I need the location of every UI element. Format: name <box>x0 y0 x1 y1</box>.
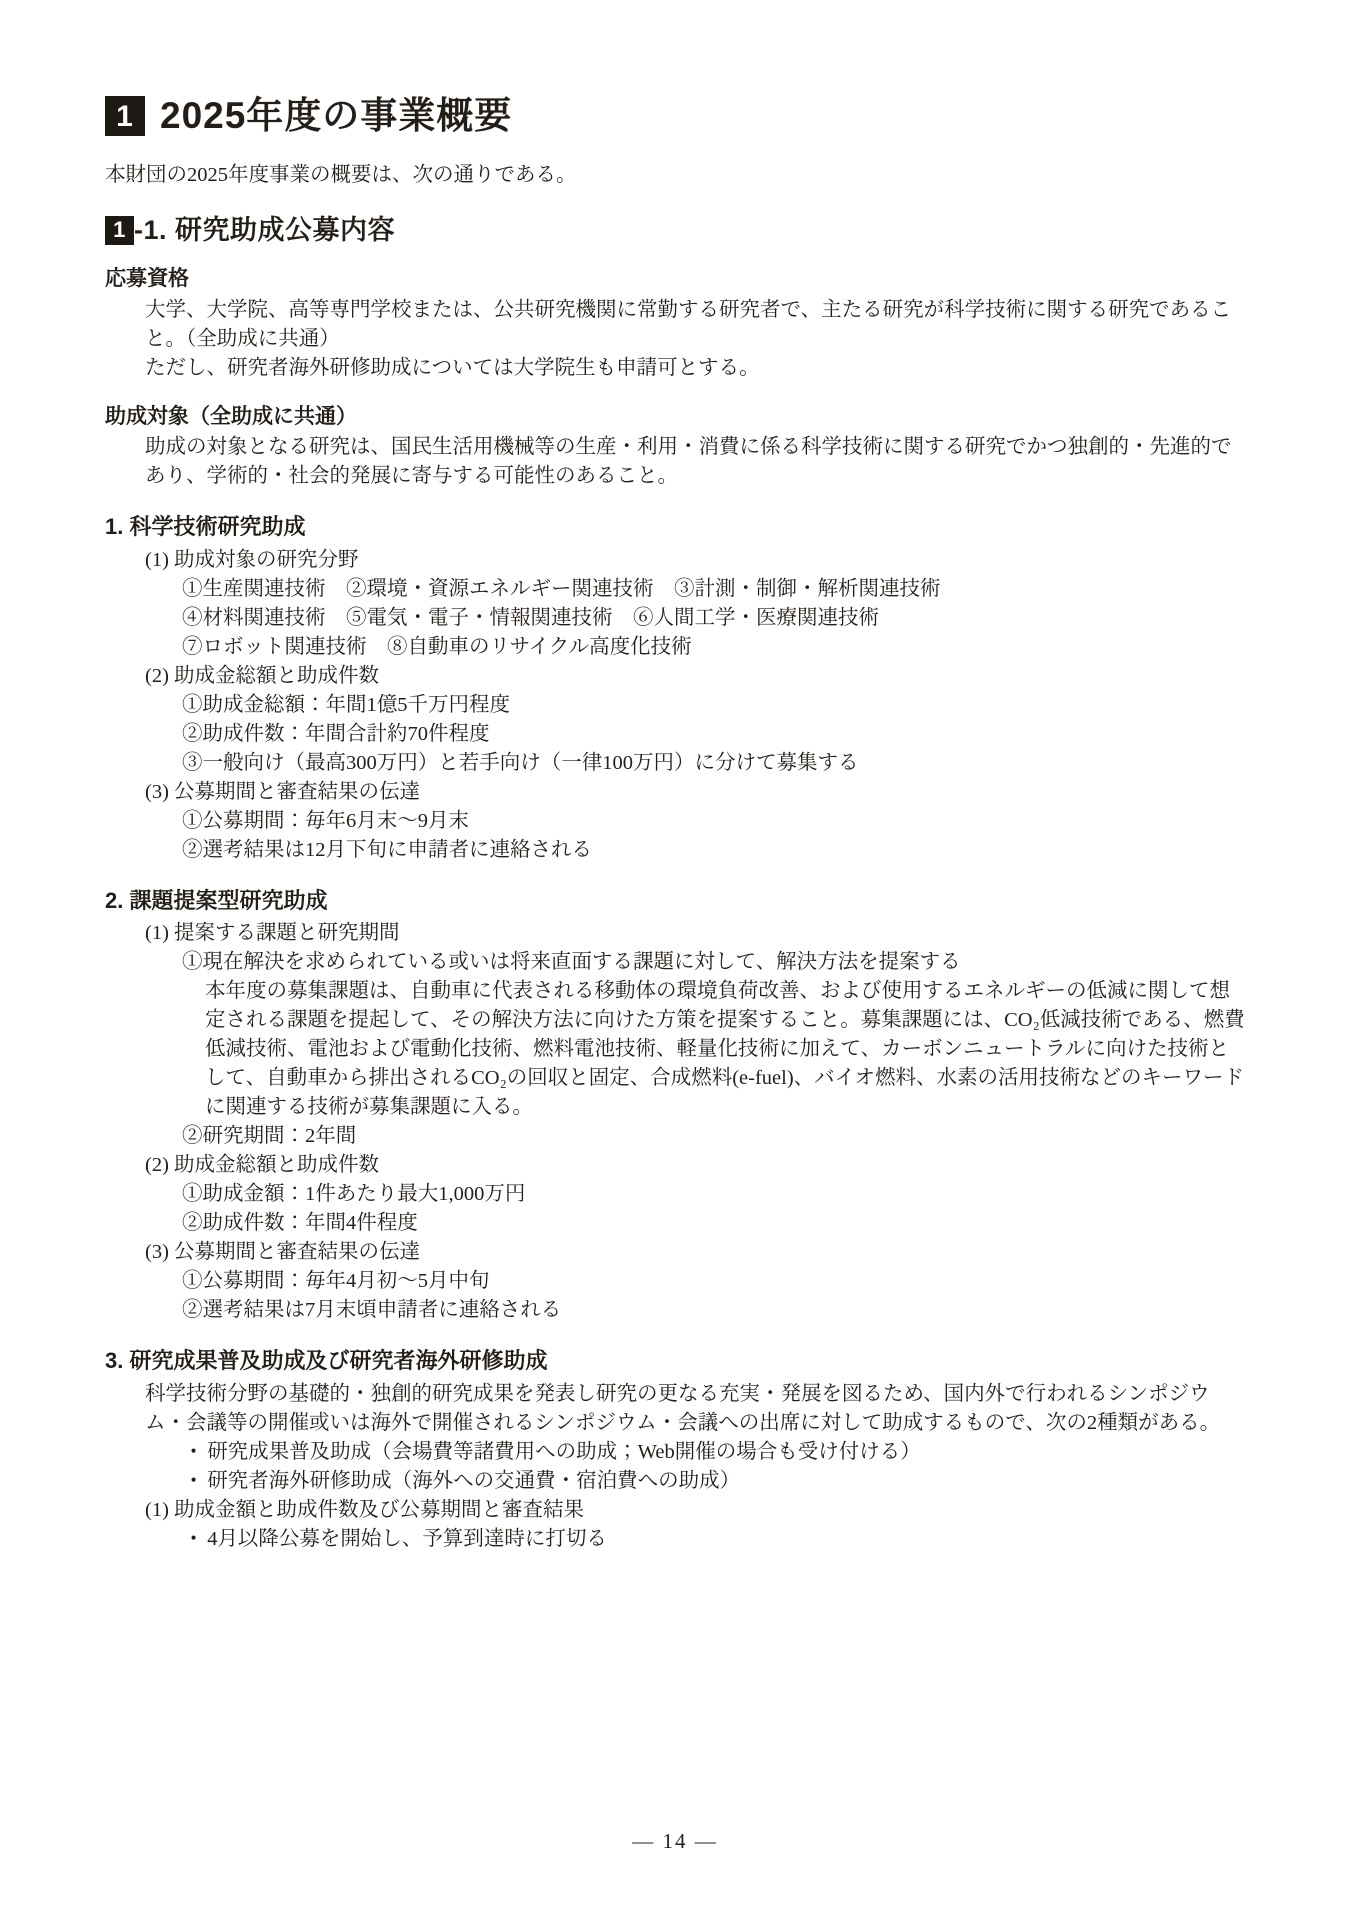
chapter-number-badge: 1 <box>105 96 145 136</box>
program1-block1-line: ⑦ロボット関連技術 ⑧自動車のリサイクル高度化技術 <box>182 633 1245 662</box>
program2-block2-line: ②助成件数：年間4件程度 <box>182 1209 1245 1238</box>
program2-block3-label: (3) 公募期間と審査結果の伝達 <box>145 1238 1245 1267</box>
section-number-badge: 1 <box>105 216 134 245</box>
program3-block1-bullet-text: 4月以降公募を開始し、予算到達時に打切る <box>207 1528 607 1550</box>
program1-block3-line: ②選考結果は12月下旬に申請者に連絡される <box>182 836 1245 865</box>
program2-block2-line: ①助成金額：1件あたり最大1,000万円 <box>182 1180 1245 1209</box>
program3-paragraph: 科学技術分野の基礎的・独創的研究成果を発表し研究の更なる充実・発展を図るため、国… <box>145 1380 1245 1438</box>
program3-bullet-item: •研究成果普及助成（会場費等諸費用への助成；Web開催の場合も受け付ける） <box>190 1438 1245 1467</box>
eligibility-paragraph-1: 大学、大学院、高等専門学校または、公共研究機関に常勤する研究者で、主たる研究が科… <box>145 296 1245 354</box>
grant-target-paragraph: 助成の対象となる研究は、国民生活用機械等の生産・利用・消費に係る科学技術に関する… <box>145 433 1245 491</box>
program3-heading: 3. 研究成果普及助成及び研究者海外研修助成 <box>105 1347 1245 1376</box>
eligibility-paragraph-2: ただし、研究者海外研修助成については大学院生も申請可とする。 <box>145 354 1245 383</box>
program1-block2-label: (2) 助成金総額と助成件数 <box>145 662 1245 691</box>
program2-block2-label: (2) 助成金総額と助成件数 <box>145 1151 1245 1180</box>
section-heading: 1 -1. 研究助成公募内容 <box>105 216 1245 246</box>
program1-block2-line: ③一般向け（最高300万円）と若手向け（一律100万円）に分けて募集する <box>182 749 1245 778</box>
program2-item1: ①現在解決を求められている或いは将来直面する課題に対して、解決方法を提案する <box>182 948 1245 977</box>
program1-block1-line: ①生産関連技術 ②環境・資源エネルギー関連技術 ③計測・制御・解析関連技術 <box>182 575 1245 604</box>
program1-block2-line: ①助成金総額：年間1億5千万円程度 <box>182 691 1245 720</box>
program3-block1-label: (1) 助成金額と助成件数及び公募期間と審査結果 <box>145 1496 1245 1525</box>
program1-block3-label: (3) 公募期間と審査結果の伝達 <box>145 778 1245 807</box>
program2-item1-detail: 本年度の募集課題は、自動車に代表される移動体の環境負荷改善、および使用するエネル… <box>205 977 1245 1122</box>
bullet-icon: • <box>191 1527 197 1552</box>
program2-block3-line: ②選考結果は7月末頃申請者に連絡される <box>182 1296 1245 1325</box>
program3-bullet-item: •研究者海外研修助成（海外への交通費・宿泊費への助成） <box>190 1467 1245 1496</box>
program3-block1-bullet-item: •4月以降公募を開始し、予算到達時に打切る <box>190 1525 1245 1554</box>
bullet-icon: • <box>191 1440 197 1465</box>
program1-block1-line: ④材料関連技術 ⑤電気・電子・情報関連技術 ⑥人間工学・医療関連技術 <box>182 604 1245 633</box>
eligibility-heading: 応募資格 <box>105 265 1245 292</box>
program3-bullet-text: 研究者海外研修助成（海外への交通費・宿泊費への助成） <box>207 1470 740 1492</box>
grant-target-heading: 助成対象（全助成に共通） <box>105 403 1245 430</box>
program1-heading: 1. 科学技術研究助成 <box>105 513 1245 542</box>
chapter-intro-text: 本財団の2025年度事業の概要は、次の通りである。 <box>105 161 1245 190</box>
document-page: 1 2025年度の事業概要 本財団の2025年度事業の概要は、次の通りである。 … <box>0 0 1350 1909</box>
chapter-title-text: 2025年度の事業概要 <box>160 96 512 137</box>
program3-bullet-text: 研究成果普及助成（会場費等諸費用への助成；Web開催の場合も受け付ける） <box>207 1441 921 1463</box>
chapter-heading: 1 2025年度の事業概要 <box>105 96 1245 137</box>
program2-block3-line: ①公募期間：毎年4月初～5月中旬 <box>182 1267 1245 1296</box>
program1-block3-line: ①公募期間：毎年6月末～9月末 <box>182 807 1245 836</box>
program1-block2-line: ②助成件数：年間合計約70件程度 <box>182 720 1245 749</box>
program2-heading: 2. 課題提案型研究助成 <box>105 887 1245 916</box>
program2-item2: ②研究期間：2年間 <box>182 1122 1245 1151</box>
program1-block1-label: (1) 助成対象の研究分野 <box>145 546 1245 575</box>
page-number: — 14 — <box>0 1829 1350 1854</box>
section-title-text: -1. 研究助成公募内容 <box>134 216 395 246</box>
bullet-icon: • <box>191 1469 197 1494</box>
program2-block1-label: (1) 提案する課題と研究期間 <box>145 919 1245 948</box>
